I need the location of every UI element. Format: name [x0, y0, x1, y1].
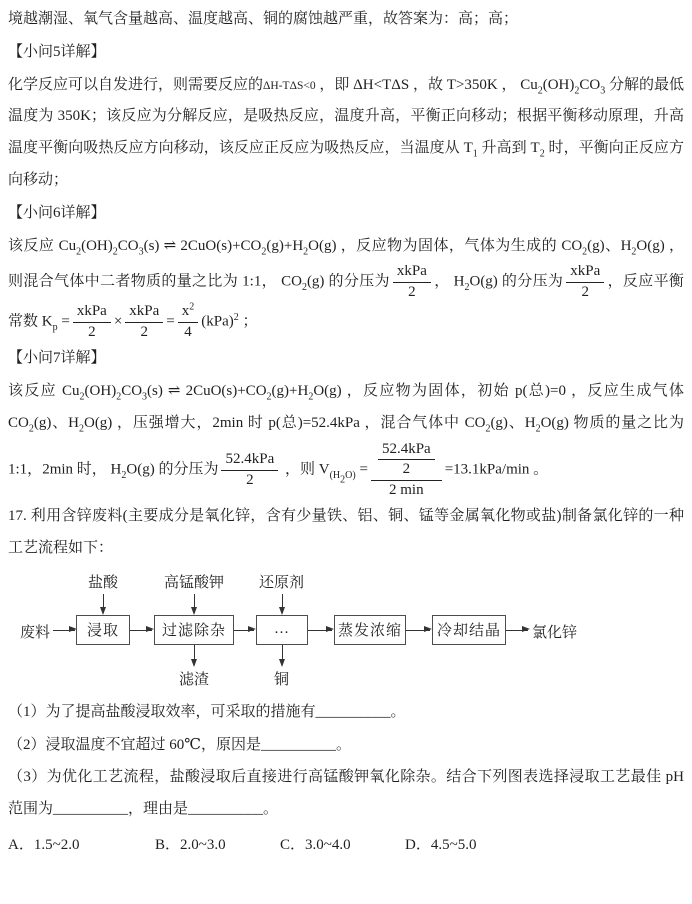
- question-1: （1）为了提高盐酸浸取效率，可采取的措施有__________。: [8, 697, 684, 729]
- paragraph-conclusion: 境越潮湿、氧气含量越高、温度越高、铜的腐蚀越严重，故答案为：高；高；: [8, 4, 684, 36]
- flow-source-label: 废料: [20, 621, 50, 642]
- question-2: （2）浸取温度不宜超过 60℃，原因是__________。: [8, 730, 684, 762]
- flow-output-filter-residue: 滤渣: [179, 668, 209, 689]
- flow-step-cool-crystallize: 冷却结晶: [432, 615, 506, 645]
- section-heading-q6: 【小问6详解】: [8, 198, 684, 230]
- option-a: A．1.5~2.0: [8, 830, 155, 862]
- arrow-right-icon: [308, 630, 332, 631]
- paragraph-question-17-intro: 17. 利用含锌废料(主要成分是氧化锌，含有少量铁、铝、铜、锰等金属氧化物或盐)…: [8, 501, 684, 565]
- flow-output-copper: 铜: [274, 668, 289, 689]
- flow-input-reducing-agent: 还原剂: [259, 571, 304, 592]
- question-3: （3）为优化工艺流程，盐酸浸取后直接进行高锰酸钾氧化除杂。结合下列图表选择浸取工…: [8, 762, 684, 826]
- option-b: B．2.0~3.0: [155, 830, 280, 862]
- arrow-down-icon: [282, 645, 283, 665]
- arrow-down-icon: [194, 645, 195, 665]
- flow-step-leaching: 浸取: [76, 615, 130, 645]
- option-d: D．4.5~5.0: [405, 830, 476, 862]
- arrow-down-icon: [282, 594, 283, 613]
- arrow-right-icon: [234, 630, 254, 631]
- section-heading-q5: 【小问5详解】: [8, 37, 684, 69]
- flow-product-label: 氯化锌: [532, 621, 577, 642]
- answer-options: A．1.5~2.0 B．2.0~3.0 C．3.0~4.0 D．4.5~5.0: [8, 830, 684, 862]
- flow-step-label: 蒸发浓缩: [338, 619, 402, 640]
- flow-step-label: 浸取: [87, 619, 119, 640]
- arrow-right-icon: [506, 630, 528, 631]
- document-page: 境越潮湿、氧气含量越高、温度越高、铜的腐蚀越严重，故答案为：高；高； 【小问5详…: [8, 4, 684, 862]
- process-flow-diagram: 废料 浸取 过滤除杂 … 蒸发浓缩 冷却结晶 氯化锌 盐酸 高锰酸钾 还原剂 滤: [8, 569, 684, 695]
- option-c: C．3.0~4.0: [280, 830, 405, 862]
- flow-step-reduction: …: [256, 615, 308, 645]
- paragraph-q7-explanation: 该反应 Cu2(OH)2CO3(s) ⇌ 2CuO(s)+CO2(g)+H2O(…: [8, 376, 684, 500]
- flow-input-potassium-permanganate: 高锰酸钾: [164, 571, 224, 592]
- arrow-right-icon: [130, 630, 152, 631]
- section-heading-q7: 【小问7详解】: [8, 343, 684, 375]
- arrow-down-icon: [103, 594, 104, 613]
- arrow-down-icon: [194, 594, 195, 613]
- flow-step-label: 过滤除杂: [162, 619, 226, 640]
- paragraph-q6-explanation: 该反应 Cu2(OH)2CO3(s) ⇌ 2CuO(s)+CO2(g)+H2O(…: [8, 231, 684, 343]
- paragraph-q5-explanation: 化学反应可以自发进行，则需要反应的ΔH-TΔS<0 ，即 ΔH<TΔS ，故 T…: [8, 70, 684, 197]
- flow-step-label: …: [274, 621, 290, 638]
- arrow-right-icon: [53, 630, 75, 631]
- flow-step-evaporate: 蒸发浓缩: [334, 615, 406, 645]
- flow-step-filter-impurity: 过滤除杂: [154, 615, 234, 645]
- flow-input-hydrochloric-acid: 盐酸: [88, 571, 118, 592]
- flow-step-label: 冷却结晶: [437, 619, 501, 640]
- arrow-right-icon: [406, 630, 430, 631]
